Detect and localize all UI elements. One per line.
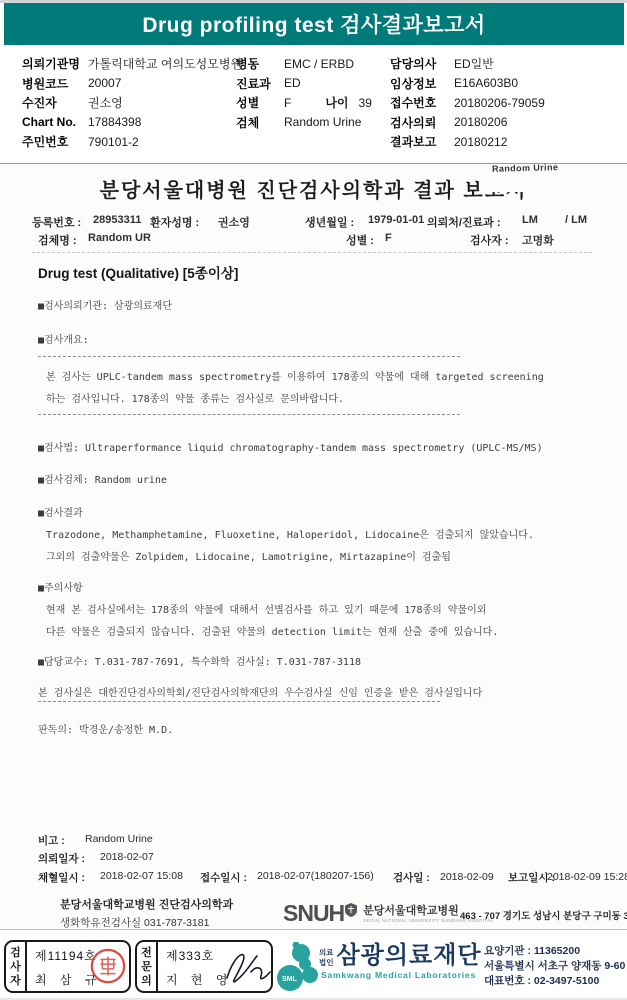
scan-footer-dept: 분당서울대학교병원 진단검사의학과 <box>60 896 233 912</box>
snuh-logo-text: SNUH <box>283 902 344 925</box>
testday-value: 2018-02-09 <box>440 871 494 883</box>
certification-strip: 검사자 제11194호 최 삼 규 전문의 제333호 지 현 영 <box>0 938 627 998</box>
tester-cert-box: 검사자 제11194호 최 삼 규 <box>4 940 131 993</box>
note-label: 비고 : <box>38 833 65 848</box>
dashed-separator <box>38 701 440 702</box>
field-value-doctor: ED일반 <box>454 55 612 72</box>
samkwang-logo-block: 의료 법인 삼광의료재단 Samkwang Medical Laboratori… <box>319 944 482 980</box>
field-value-ward: EMC / ERBD <box>284 57 390 71</box>
scan-footer-address: 463 - 707 경기도 성남시 분당구 구미동 300 <box>460 908 627 922</box>
line-contact: ■담당교수: T.031-787-7691, 특수화학 검사실: T.031-7… <box>38 653 361 668</box>
sml-molecule-logo-icon: SML <box>276 942 318 1000</box>
note-value: Random Urine <box>85 833 153 845</box>
scan-sex-value: F <box>385 232 392 244</box>
scan-dept-value: LM <box>522 214 538 226</box>
scan-dept-value2: / LM <box>565 214 587 226</box>
patient-info-grid: 의뢰기관명 가톨릭대학교 여의도성모병원 병동 EMC / ERBD 담당의사 … <box>22 54 612 152</box>
org-care-number: 요양기관 : 11365200 <box>484 944 625 959</box>
field-label-resident-no: 주민번호 <box>22 133 88 150</box>
testday-label: 검사일 : <box>393 870 430 885</box>
red-seal-stamp-icon <box>89 947 127 990</box>
field-sex-age: F나이39 <box>284 94 390 111</box>
field-value-receipt-no: 20180206-79059 <box>454 96 612 110</box>
receipt-label: 접수일시 : <box>200 870 247 885</box>
field-value-patient-name: 권소영 <box>88 94 236 111</box>
request-value: 2018-02-07 <box>100 851 154 863</box>
scan-birth-value: 1979-01-01 <box>368 214 424 226</box>
scan-dept-label: 의뢰처/진료과 : <box>427 214 501 230</box>
field-value-request-date: 20180206 <box>454 115 612 129</box>
org-prefix: 의료 법인 <box>319 948 334 968</box>
line-reader: 판독의: 박경운/송정한 M.D. <box>38 721 173 736</box>
line-cert: 본 검사실은 대한진단검사의학회/진단검사의학재단의 우수검사실 신임 인증을 … <box>38 684 482 699</box>
scan-name-label: 환자성명 : <box>150 214 199 230</box>
line-caution-1: 현재 본 검사실에서는 178종의 약물에 대해서 선별검사를 하고 있기 때문… <box>46 601 486 616</box>
field-value-specimen: Random Urine <box>284 115 390 129</box>
field-value-resident-no: 790101-2 <box>88 135 236 149</box>
doctor-signature-icon <box>219 944 271 995</box>
field-value-hospital-code: 20007 <box>88 76 236 90</box>
tester-vertical-label: 검사자 <box>6 942 27 991</box>
scan-reg-label: 등록번호 : <box>32 214 81 230</box>
scan-sex-label: 성별 : <box>346 232 374 248</box>
dashed-separator <box>38 356 460 357</box>
dashed-separator <box>32 252 592 253</box>
scanned-report: 분당서울대병원 진단검사의학과 결과 보고서 Random Urine 등록번호… <box>0 163 627 930</box>
page-title: Drug profiling test 검사결과보고서 <box>142 9 485 39</box>
field-label-ward: 병동 <box>236 55 284 72</box>
scan-footer-lab: 생화학유전검사실 031-787-3181 <box>60 915 209 930</box>
field-label-chart-no: Chart No. <box>22 115 88 129</box>
svg-text:SML: SML <box>282 976 298 983</box>
dashed-separator <box>38 414 460 415</box>
field-label-sex: 성별 <box>236 94 284 111</box>
doctor-cert-box: 전문의 제333호 지 현 영 <box>135 940 273 993</box>
org-phone: 대표번호 : 02-3497-5100 <box>484 974 625 989</box>
field-label-clinical-info: 임상정보 <box>390 75 454 92</box>
org-address: 서울특별시 서초구 양재동 9-60 <box>484 959 625 974</box>
field-label-receipt-no: 접수번호 <box>390 94 454 111</box>
field-value-report-date: 20180212 <box>454 135 612 149</box>
scan-spec-label: 검체명 : <box>38 232 77 248</box>
field-label-age: 나이 <box>325 96 348 110</box>
scan-spec-value: Random UR <box>88 232 151 244</box>
field-value-clinical-info: E16A603B0 <box>454 76 612 90</box>
report-page: Drug profiling test 검사결과보고서 의뢰기관명 가톨릭대학교… <box>0 0 627 1000</box>
field-value-sex: F <box>284 96 291 110</box>
line-caution-2: 다른 약물은 검출되지 않습니다. 검출된 약물의 detection limi… <box>46 623 498 638</box>
request-label: 의뢰일자 : <box>38 851 85 866</box>
line-overview-1: 본 검사는 UPLC-tandem mass spectrometry를 이용하… <box>46 368 544 383</box>
field-label-hospital-code: 병원코드 <box>22 75 88 92</box>
line-result-2: 그외의 검출약물은 Zolpidem, Lidocaine, Lamotrigi… <box>46 548 451 563</box>
field-label-doctor: 담당의사 <box>390 55 454 72</box>
field-value-department: ED <box>284 76 390 90</box>
field-value-institution: 가톨릭대학교 여의도성모병원 <box>88 55 236 72</box>
reportday-value: 2018-02-09 15:28 <box>547 871 627 883</box>
line-overview-h: ■검사개요: <box>38 331 89 346</box>
line-agency: ■검사의뢰기관: 삼광의료재단 <box>38 297 172 312</box>
doctor-vertical-label: 전문의 <box>137 942 158 991</box>
line-overview-2: 하는 검사입니다. 178종의 약물 종류는 검사실로 문의바랍니다. <box>46 390 344 405</box>
line-result-1: Trazodone, Methamphetamine, Fluoxetine, … <box>46 526 534 541</box>
collect-label: 채혈일시 : <box>38 870 85 885</box>
test-name-heading: Drug test (Qualitative) [5종이상] <box>38 262 238 282</box>
field-label-institution: 의뢰기관명 <box>22 55 88 72</box>
line-specimen: ■검사검체: Random urine <box>38 471 167 486</box>
scan-birth-label: 생년월일 : <box>305 214 354 230</box>
scan-name-value: 권소영 <box>218 214 250 230</box>
scan-tester-value: 고명화 <box>522 232 554 248</box>
line-result-h: ■검사결과 <box>38 504 83 519</box>
field-label-specimen: 검체 <box>236 114 284 131</box>
line-method: ■검사법: Ultraperformance liquid chromatogr… <box>38 439 543 454</box>
overlay-specimen-text: Random Urine <box>492 162 559 174</box>
field-label-request-date: 검사의뢰 <box>390 114 454 131</box>
field-label-department: 진료과 <box>236 75 284 92</box>
org-contact-info: 요양기관 : 11365200 서울특별시 서초구 양재동 9-60 대표번호 … <box>484 944 625 990</box>
receipt-value: 2018-02-07(180207-156) <box>257 870 374 882</box>
line-caution-h: ■주의사항 <box>38 579 83 594</box>
collect-value: 2018-02-07 15:08 <box>100 870 183 882</box>
scan-reg-value: 28953311 <box>93 214 141 226</box>
org-name: 삼광의료재단 <box>337 944 482 968</box>
report-header: Drug profiling test 검사결과보고서 <box>4 3 624 45</box>
scan-tester-label: 검사자 : <box>470 232 509 248</box>
org-name-english: Samkwang Medical Laboratories <box>321 970 482 980</box>
title-overlay-patch: Random Urine <box>484 164 596 192</box>
snuh-shield-icon <box>345 903 357 922</box>
field-value-chart-no: 17884398 <box>88 115 236 129</box>
field-value-age: 39 <box>359 96 372 110</box>
field-label-report-date: 결과보고 <box>390 133 454 150</box>
field-label-patient-name: 수진자 <box>22 94 88 111</box>
